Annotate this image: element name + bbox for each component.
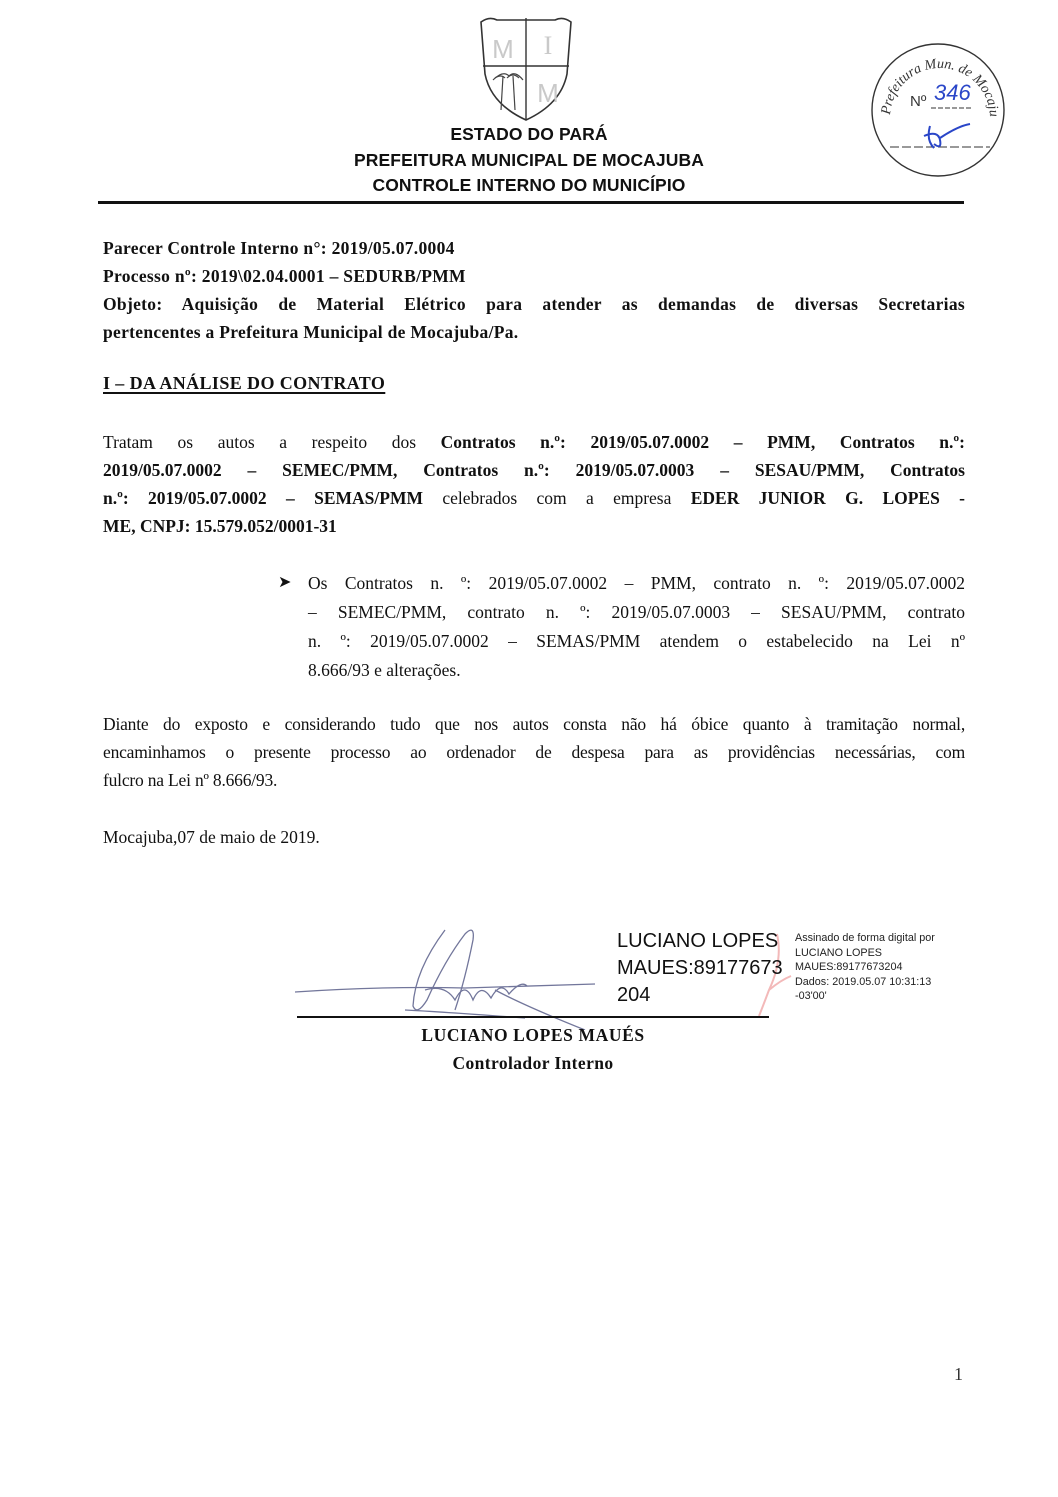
municipal-crest-logo: M I M bbox=[473, 14, 579, 122]
contracts-bullet: Os Contratos n. º: 2019/05.07.0002 – PMM… bbox=[308, 569, 965, 685]
signer-role: Controlador Interno bbox=[0, 1053, 1058, 1074]
digital-signature-name: LUCIANO LOPES MAUES:89177673 204 bbox=[617, 928, 783, 1009]
section-title: I – DA ANÁLISE DO CONTRATO bbox=[103, 373, 385, 394]
analysis-paragraph: Tratam os autos a respeito dos Contratos… bbox=[103, 428, 965, 540]
svg-text:I: I bbox=[544, 31, 553, 60]
signer-name: LUCIANO LOPES MAUÉS bbox=[0, 1025, 1058, 1046]
parecer-number: Parecer Controle Interno n°: 2019/05.07.… bbox=[103, 234, 455, 262]
processo-number: Processo nº: 2019\02.04.0001 – SEDURB/PM… bbox=[103, 262, 466, 290]
paragraph-line: n.º: 2019/05.07.0002 – SEMAS/PMM celebra… bbox=[103, 484, 965, 512]
stamp-number: 346 bbox=[934, 80, 971, 105]
header-divider bbox=[98, 201, 964, 204]
handwritten-signature bbox=[295, 920, 625, 1030]
place-and-date: Mocajuba,07 de maio de 2019. bbox=[103, 827, 320, 848]
header-department: CONTROLE INTERNO DO MUNICÍPIO bbox=[0, 175, 1058, 196]
paragraph-line: Tratam os autos a respeito dos Contratos… bbox=[103, 428, 965, 456]
signature-line bbox=[297, 1016, 769, 1018]
objeto-line-1: Objeto: Aquisição de Material Elétrico p… bbox=[103, 290, 965, 318]
svg-text:M: M bbox=[537, 78, 559, 108]
crest-letter-m-top: M bbox=[492, 34, 514, 64]
svg-text:Prefeitura Mun. de Mocajuba: Prefeitura Mun. de Mocajuba bbox=[868, 40, 1001, 117]
objeto-line-2: pertencentes a Prefeitura Municipal de M… bbox=[103, 318, 965, 346]
paragraph-line: ME, CNPJ: 15.579.052/0001-31 bbox=[103, 512, 965, 540]
paragraph-line: 2019/05.07.0002 – SEMEC/PMM, Contratos n… bbox=[103, 456, 965, 484]
objeto: Objeto: Aquisição de Material Elétrico p… bbox=[103, 290, 965, 346]
bullet-arrow-icon: ➤ bbox=[278, 572, 291, 592]
digital-signature-details: Assinado de forma digital por LUCIANO LO… bbox=[795, 931, 935, 1004]
svg-text:Nº: Nº bbox=[910, 93, 927, 110]
page-number: 1 bbox=[954, 1364, 963, 1385]
header-state: ESTADO DO PARÁ bbox=[0, 124, 1058, 145]
conclusion-paragraph: Diante do exposto e considerando tudo qu… bbox=[103, 710, 965, 794]
header-prefecture: PREFEITURA MUNICIPAL DE MOCAJUBA bbox=[0, 150, 1058, 171]
